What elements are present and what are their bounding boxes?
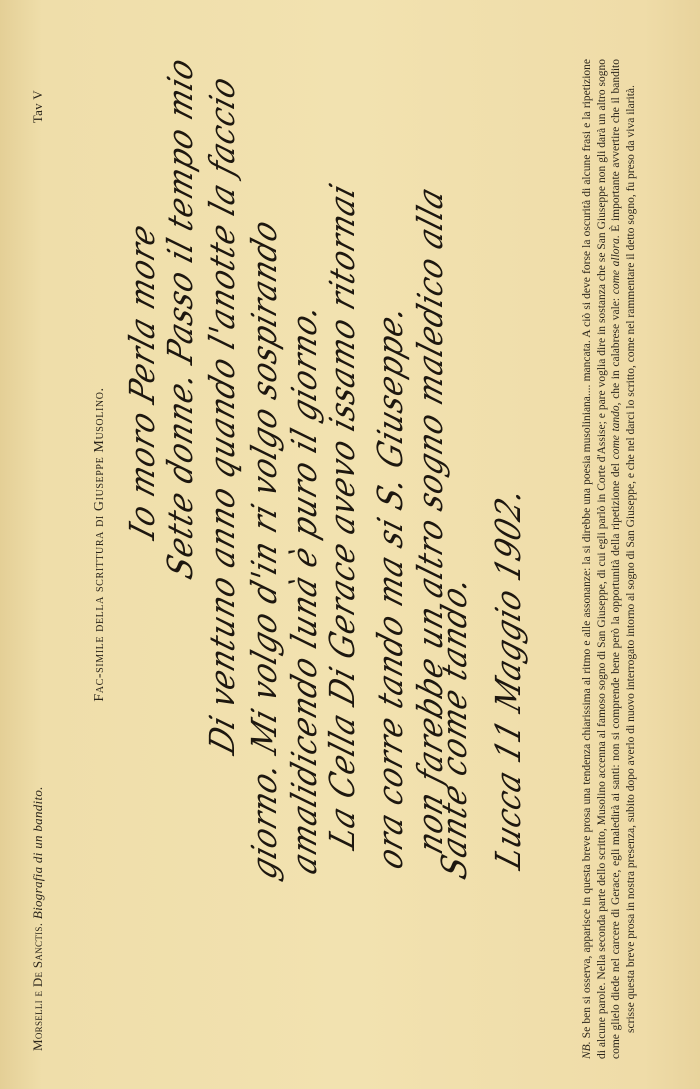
- handwriting-line: giorno. Mi volgo d'in ri volgo sospirand…: [245, 214, 285, 884]
- plate-number: Tav V: [30, 90, 46, 123]
- handwriting-line: Sette donne. Passo il tempo mio: [161, 52, 201, 584]
- handwriting-line: ora corre tando ma si S. Giuseppe.: [371, 300, 411, 874]
- handwriting-line: Di ventuno anno quando l'anotte la facci…: [203, 71, 243, 759]
- handwriting-line: Sante come tando.: [435, 571, 475, 884]
- footnote-label: NB.: [581, 1041, 593, 1059]
- running-head-citation: Morselli e De Sanctis. Biografia di un b…: [30, 786, 46, 1051]
- book-plate-page: Morselli e De Sanctis. Biografia di un b…: [0, 0, 700, 1089]
- book-title: Biografia di un bandito.: [30, 786, 45, 919]
- plate-title: Fac-simile della scrittura di Giuseppe M…: [92, 0, 108, 1089]
- handwriting-line: Io moro Perla more: [123, 218, 163, 544]
- running-head: Morselli e De Sanctis. Biografia di un b…: [30, 90, 46, 1051]
- handwriting-line: Lucca 11 Maggio 1902.: [489, 482, 529, 874]
- handwriting-line: La Cella Di Gerace avevo issamo ritornai: [323, 178, 363, 854]
- footnote: NB. Se ben si osserva, apparisce in ques…: [580, 59, 638, 1059]
- handwriting-line: amalidicendo lunà è puro il giorno.: [285, 298, 325, 879]
- authors: Morselli e De Sanctis.: [30, 923, 45, 1051]
